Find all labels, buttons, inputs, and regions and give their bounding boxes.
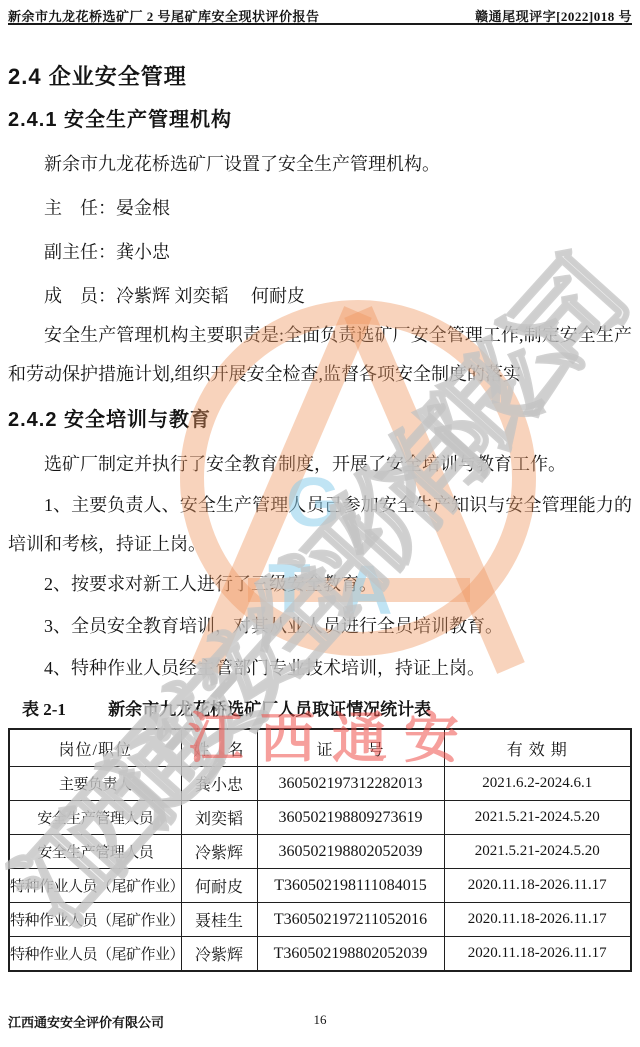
table-cell: 2021.5.21-2024.5.20 bbox=[444, 801, 631, 835]
table-cell: 安全生产管理人员 bbox=[9, 835, 181, 869]
table-cell: 何耐皮 bbox=[181, 869, 257, 903]
table-cell: 龚小忠 bbox=[181, 767, 257, 801]
table-header-cell: 有 效 期 bbox=[444, 729, 631, 767]
table-cell: 特种作业人员（尾矿作业） bbox=[9, 937, 181, 972]
table-row: 安全生产管理人员刘奕韬3605021988092736192021.5.21-2… bbox=[9, 801, 631, 835]
table-cell: 2021.5.21-2024.5.20 bbox=[444, 835, 631, 869]
table-row: 特种作业人员（尾矿作业）聂桂生T3605021972110520162020.1… bbox=[9, 903, 631, 937]
table-row: 安全生产管理人员冷紫辉3605021988020520392021.5.21-2… bbox=[9, 835, 631, 869]
table-cell: 冷紫辉 bbox=[181, 937, 257, 972]
table-row: 特种作业人员（尾矿作业）何耐皮T3605021981110840152020.1… bbox=[9, 869, 631, 903]
table-header-cell: 证 号 bbox=[257, 729, 444, 767]
section-title-2-4: 2.4 企业安全管理 bbox=[8, 62, 632, 92]
table-caption: 表 2-1 新余市九龙花桥选矿厂人员取证情况统计表 bbox=[22, 698, 632, 722]
table-cell: T360502197211052016 bbox=[257, 903, 444, 937]
table-header-cell: 岗位/职位 bbox=[9, 729, 181, 767]
table-cell: 冷紫辉 bbox=[181, 835, 257, 869]
table-row: 特种作业人员（尾矿作业）冷紫辉T3605021988020520392020.1… bbox=[9, 937, 631, 972]
table-cell: 主要负责人 bbox=[9, 767, 181, 801]
table-header-cell: 姓 名 bbox=[181, 729, 257, 767]
table-cell: 360502198802052039 bbox=[257, 835, 444, 869]
table-cell: 2021.6.2-2024.6.1 bbox=[444, 767, 631, 801]
table-cell: 安全生产管理人员 bbox=[9, 801, 181, 835]
table-cell: 2020.11.18-2026.11.17 bbox=[444, 869, 631, 903]
table-header-row: 岗位/职位姓 名证 号有 效 期 bbox=[9, 729, 631, 767]
table-cell: 360502198809273619 bbox=[257, 801, 444, 835]
paragraph-training-intro: 选矿厂制定并执行了安全教育制度，开展了安全培训与教育工作。 bbox=[8, 450, 632, 478]
table-cell: 特种作业人员（尾矿作业） bbox=[9, 869, 181, 903]
training-item-2: 2、按要求对新工人进行了三级安全教育。 bbox=[8, 570, 632, 598]
paragraph-duties: 安全生产管理机构主要职责是:全面负责选矿厂安全管理工作,制定安全生产和劳动保护措… bbox=[8, 316, 632, 394]
table-caption-label: 表 2-1 bbox=[22, 700, 66, 719]
table-cell: 2020.11.18-2026.11.17 bbox=[444, 937, 631, 972]
table-cell: 刘奕韬 bbox=[181, 801, 257, 835]
page-footer: 江西通安安全评价有限公司 16 bbox=[8, 1012, 632, 1031]
role-director: 主 任：晏金根 bbox=[8, 194, 632, 222]
table-cell: 特种作业人员（尾矿作业） bbox=[9, 903, 181, 937]
section-title-2-4-2: 2.4.2 安全培训与教育 bbox=[8, 406, 632, 434]
table-cell: T360502198111084015 bbox=[257, 869, 444, 903]
role-deputy-director: 副主任：龚小忠 bbox=[8, 238, 632, 266]
training-item-4: 4、特种作业人员经主管部门专业技术培训，持证上岗。 bbox=[8, 654, 632, 682]
training-item-1: 1、主要负责人、安全生产管理人员己参加安全生产知识与安全管理能力的培训和考核，持… bbox=[8, 486, 632, 564]
page-content: 2.4 企业安全管理 2.4.1 安全生产管理机构 新余市九龙花桥选矿厂设置了安… bbox=[8, 24, 632, 972]
role-members: 成 员：冷紫辉 刘奕韬 何耐皮 bbox=[8, 282, 632, 310]
table-caption-title: 新余市九龙花桥选矿厂人员取证情况统计表 bbox=[108, 700, 431, 719]
certificate-table: 岗位/职位姓 名证 号有 效 期 主要负责人龚小忠360502197312282… bbox=[8, 728, 632, 972]
table-cell: 2020.11.18-2026.11.17 bbox=[444, 903, 631, 937]
table-cell: 360502197312282013 bbox=[257, 767, 444, 801]
paragraph-org-setup: 新余市九龙花桥选矿厂设置了安全生产管理机构。 bbox=[8, 150, 632, 178]
training-item-3: 3、全员安全教育培训，对其从业人员进行全员培训教育。 bbox=[8, 612, 632, 640]
table-cell: T360502198802052039 bbox=[257, 937, 444, 972]
table-row: 主要负责人龚小忠3605021973122820132021.6.2-2024.… bbox=[9, 767, 631, 801]
document-page: 新余市九龙花桥选矿厂 2 号尾矿库安全现状评价报告 赣通尾现评字[2022]01… bbox=[0, 0, 640, 1047]
footer-page-number: 16 bbox=[8, 1012, 632, 1028]
table-cell: 聂桂生 bbox=[181, 903, 257, 937]
table-body: 主要负责人龚小忠3605021973122820132021.6.2-2024.… bbox=[9, 767, 631, 972]
section-title-2-4-1: 2.4.1 安全生产管理机构 bbox=[8, 106, 632, 134]
